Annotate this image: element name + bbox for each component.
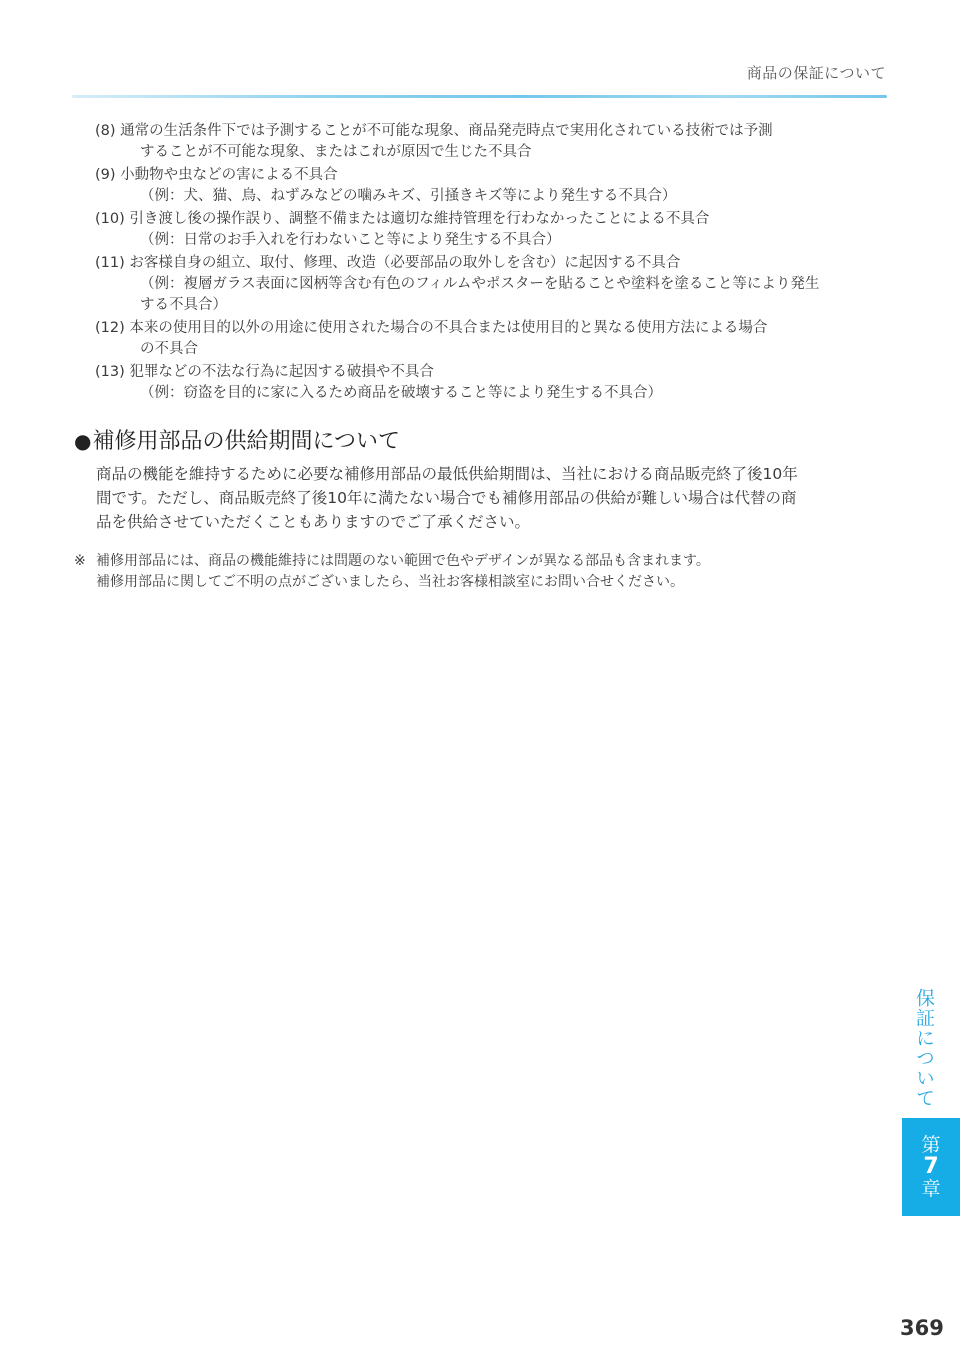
paragraph-line: 商品の機能を維持するために必要な補修用部品の最低供給期間は、当社における商品販売… xyxy=(96,462,896,486)
running-header: 商品の保証について xyxy=(747,62,886,83)
paragraph-line: 間です。ただし、商品販売終了後10年に満たない場合でも補修用部品の供給が難しい場… xyxy=(96,486,896,510)
item-number: (13) xyxy=(95,362,125,383)
section-heading: ●補修用部品の供給期間について xyxy=(74,424,400,455)
item-text: することが不可能な現象、またはこれが原因で生じた不具合 xyxy=(95,142,895,163)
item-example: （例：窃盗を目的に家に入るため商品を破壊すること等により発生する不具合） xyxy=(95,383,895,404)
chapter-number: 7 xyxy=(923,1156,938,1178)
note-mark-icon: ※ xyxy=(74,551,96,572)
item-number: (8) xyxy=(95,121,116,142)
item-text: 引き渡し後の操作誤り、調整不備または適切な維持管理を行わなかったことによる不具合 xyxy=(129,211,709,227)
section-title: 補修用部品の供給期間について xyxy=(92,429,400,454)
list-item: (13) 犯罪などの不法な行為に起因する破損や不具合 （例：窃盗を目的に家に入る… xyxy=(95,362,895,404)
paragraph-line: 品を供給させていただくこともありますのでご了承ください。 xyxy=(96,510,896,534)
list-item: (12) 本来の使用目的以外の用途に使用された場合の不具合または使用目的と異なる… xyxy=(95,318,895,360)
item-text: 本来の使用目的以外の用途に使用された場合の不具合または使用目的と異なる使用方法に… xyxy=(129,320,767,336)
item-text: お客様自身の組立、取付、修理、改造（必要部品の取外しを含む）に起因する不具合 xyxy=(129,255,680,271)
list-item: (11) お客様自身の組立、取付、修理、改造（必要部品の取外しを含む）に起因する… xyxy=(95,253,895,316)
item-number: (10) xyxy=(95,209,125,230)
chapter-tab: 第 7 章 xyxy=(902,1118,960,1216)
footnote: ※補修用部品には、商品の機能維持には問題のない範囲で色やデザインが異なる部品も含… xyxy=(74,551,894,593)
list-item: (10) 引き渡し後の操作誤り、調整不備または適切な維持管理を行わなかったことに… xyxy=(95,209,895,251)
page-number: 369 xyxy=(900,1316,944,1340)
item-example: （例：複層ガラス表面に図柄等含む有色のフィルムやポスターを貼ることや塗料を塗るこ… xyxy=(95,274,895,295)
item-number: (12) xyxy=(95,318,125,339)
item-number: (9) xyxy=(95,165,116,186)
item-text: の不具合 xyxy=(95,339,895,360)
chapter-prefix: 第 xyxy=(921,1134,940,1156)
note-line: 補修用部品には、商品の機能維持には問題のない範囲で色やデザインが異なる部品も含ま… xyxy=(96,553,710,569)
list-item: (8) 通常の生活条件下では予測することが不可能な現象、商品発売時点で実用化され… xyxy=(95,121,895,163)
item-text: 犯罪などの不法な行為に起因する破損や不具合 xyxy=(129,364,434,380)
side-section-label: 保証について xyxy=(914,988,938,1108)
header-divider xyxy=(72,95,887,98)
item-text: 通常の生活条件下では予測することが不可能な現象、商品発売時点で実用化されている技… xyxy=(120,123,773,139)
item-number: (11) xyxy=(95,253,125,274)
item-example: する不具合） xyxy=(95,295,895,316)
bullet-icon: ● xyxy=(74,429,91,453)
list-item: (9) 小動物や虫などの害による不具合 （例：犬、猫、鳥、ねずみなどの噛みキズ、… xyxy=(95,165,895,207)
chapter-suffix: 章 xyxy=(921,1178,940,1200)
section-paragraph: 商品の機能を維持するために必要な補修用部品の最低供給期間は、当社における商品販売… xyxy=(96,462,896,534)
item-example: （例：犬、猫、鳥、ねずみなどの噛みキズ、引掻きキズ等により発生する不具合） xyxy=(95,186,895,207)
exclusion-list: (8) 通常の生活条件下では予測することが不可能な現象、商品発売時点で実用化され… xyxy=(95,121,895,406)
note-line: 補修用部品に関してご不明の点がございましたら、当社お客様相談室にお問い合せくださ… xyxy=(74,572,894,593)
item-text: 小動物や虫などの害による不具合 xyxy=(120,167,338,183)
item-example: （例：日常のお手入れを行わないこと等により発生する不具合） xyxy=(95,230,895,251)
